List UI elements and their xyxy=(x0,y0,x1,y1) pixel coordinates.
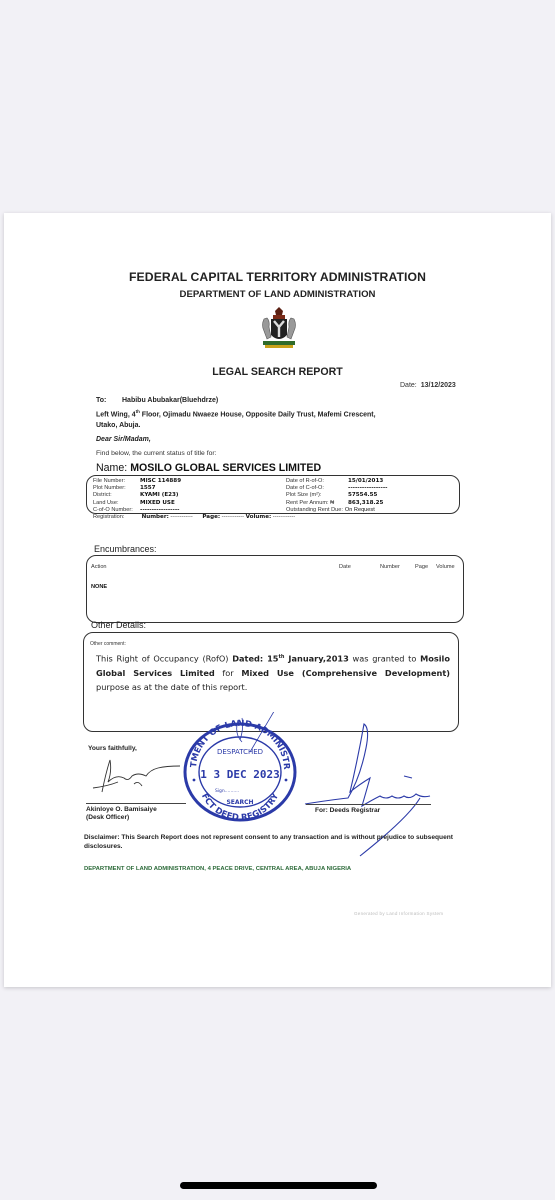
detail-row: C-of-O Number:----------------- xyxy=(93,507,181,514)
detail-label: Plot Number: xyxy=(93,485,140,492)
date-label: Date: xyxy=(400,382,417,389)
detail-value: KYAMI (E23) xyxy=(140,492,179,498)
registrar-label: For: Deeds Registrar xyxy=(315,807,380,814)
title-holder-name: Name:MOSILO GLOBAL SERVICES LIMITED xyxy=(96,462,321,474)
svg-text:Sign..........: Sign.......... xyxy=(215,788,239,794)
officer-block: Akinloye O. Bamisaiye (Desk Officer) xyxy=(86,806,157,822)
faint-watermark: Generated by Land Information System xyxy=(354,911,443,916)
detail-value: ----------------- xyxy=(140,507,179,513)
encumbrances-value: NONE xyxy=(91,584,107,590)
detail-label: Land Use: xyxy=(93,500,140,507)
svg-text:DESPATCHED: DESPATCHED xyxy=(217,748,263,756)
org-title: FEDERAL CAPITAL TERRITORY ADMINISTRATION xyxy=(0,270,555,284)
detail-value: ----------------- xyxy=(348,485,387,491)
other-details-heading: Other Details: xyxy=(91,620,146,630)
detail-row: Date of C-of-O:----------------- xyxy=(286,485,387,492)
report-date: Date:13/12/2023 xyxy=(400,382,456,389)
col-page: Page xyxy=(415,564,428,570)
col-date: Date xyxy=(339,564,351,570)
detail-row: Plot Number:1557 xyxy=(93,485,181,492)
detail-label: C-of-O Number: xyxy=(93,507,140,514)
svg-text:SEARCH: SEARCH xyxy=(226,799,253,806)
details-right: Date of R-of-O:15/01/2013Date of C-of-O:… xyxy=(286,478,387,514)
detail-value: 863,318.25 xyxy=(348,500,383,506)
detail-value: On Request xyxy=(345,507,375,513)
dept-title: DEPARTMENT OF LAND ADMINISTRATION xyxy=(0,289,555,300)
detail-label: Date of R-of-O: xyxy=(286,478,348,485)
detail-label: Outstanding Rent Due: xyxy=(286,507,343,514)
detail-value: 15/01/2013 xyxy=(348,478,383,484)
comment-text: This Right of Occupancy (RofO) Dated: 15… xyxy=(96,650,450,694)
footer-address: DEPARTMENT OF LAND ADMINISTRATION, 4 PEA… xyxy=(84,866,351,872)
registrar-signature-line xyxy=(306,804,431,805)
officer-signature-icon xyxy=(88,752,188,807)
recipient-address-line2: Utako, Abuja. xyxy=(96,420,376,431)
detail-label: Plot Size (m²): xyxy=(286,492,348,499)
report-title: LEGAL SEARCH REPORT xyxy=(0,366,555,378)
encumbrances-box xyxy=(86,555,464,623)
salutation: Dear Sir/Madam, xyxy=(96,436,151,443)
closing: Yours faithfully, xyxy=(88,745,137,752)
date-value: 13/12/2023 xyxy=(421,382,456,389)
col-action: Action xyxy=(91,564,107,570)
coat-of-arms-icon xyxy=(258,305,300,351)
detail-label: Date of C-of-O: xyxy=(286,485,348,492)
recipient-name: Habibu Abubakar(Bluehdrze) xyxy=(122,397,218,404)
other-comment-label: Other comment: xyxy=(90,641,126,647)
detail-value: 1557 xyxy=(140,485,156,491)
detail-row: Plot Size (m²):57554.55 xyxy=(286,492,387,499)
detail-value: 57554.55 xyxy=(348,492,377,498)
officer-name: Akinloye O. Bamisaiye xyxy=(86,806,157,814)
recipient-block: To:Habibu Abubakar(Bluehdrze) Left Wing,… xyxy=(96,395,376,431)
name-label: Name: xyxy=(96,462,127,474)
col-number: Number xyxy=(380,564,400,570)
to-label: To: xyxy=(96,395,122,406)
encumbrances-heading: Encumbrances: xyxy=(94,544,157,554)
detail-label: District: xyxy=(93,492,140,499)
detail-label: Rent Per Annum: ₦ xyxy=(286,500,348,507)
officer-title: (Desk Officer) xyxy=(86,814,157,822)
detail-label: File Number: xyxy=(93,478,140,485)
recipient-address-line1: Left Wing, 4th Floor, Ojimadu Nwaeze Hou… xyxy=(96,406,376,420)
detail-value: MISC 114889 xyxy=(140,478,181,484)
svg-text:1 3 DEC 2023: 1 3 DEC 2023 xyxy=(200,768,279,781)
detail-row: Rent Per Annum: ₦863,318.25 xyxy=(286,500,387,507)
home-indicator[interactable] xyxy=(180,1182,377,1189)
col-volume: Volume xyxy=(436,564,455,570)
intro-text: Find below, the current status of title … xyxy=(96,450,217,457)
details-left: File Number:MISC 114889Plot Number:1557D… xyxy=(93,478,181,514)
detail-row: File Number:MISC 114889 xyxy=(93,478,181,485)
detail-row: Date of R-of-O:15/01/2013 xyxy=(286,478,387,485)
officer-signature-line xyxy=(86,803,186,804)
detail-value: MIXED USE xyxy=(140,500,175,506)
detail-row: Outstanding Rent Due:On Request xyxy=(286,507,387,514)
disclaimer: Disclaimer: This Search Report does not … xyxy=(84,834,464,851)
registration-row: Registration: Number: ------------ Page:… xyxy=(93,514,295,521)
detail-row: District:KYAMI (E23) xyxy=(93,492,181,499)
detail-row: Land Use:MIXED USE xyxy=(93,500,181,507)
despatched-stamp: DEPARTMENT OF LAND ADMINISTRATION FCT DE… xyxy=(180,712,300,824)
name-value: MOSILO GLOBAL SERVICES LIMITED xyxy=(130,462,321,474)
